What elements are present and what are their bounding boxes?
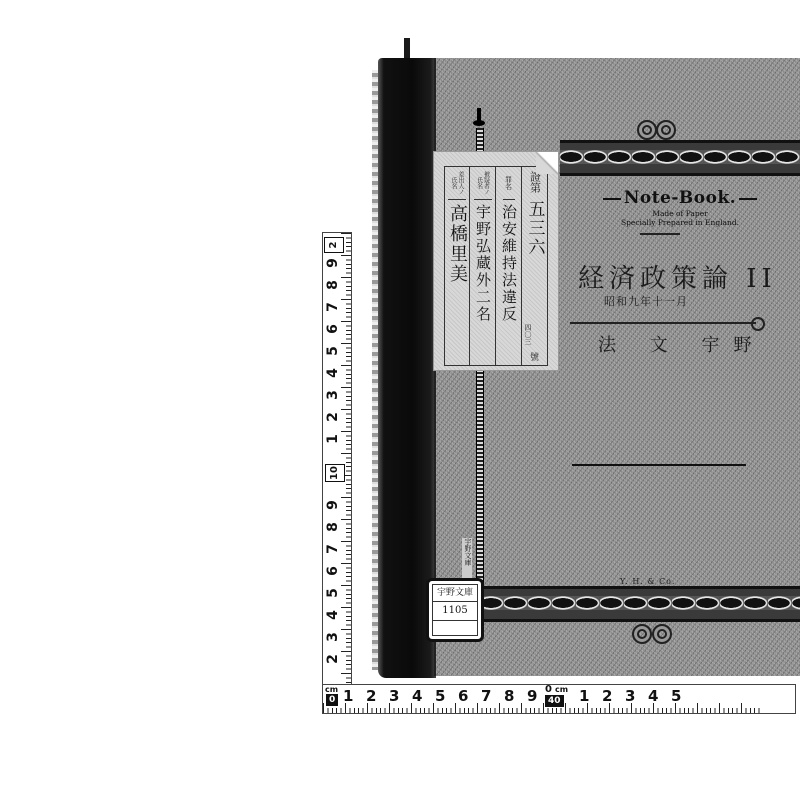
- library-label: 宇野文庫 1105: [426, 578, 484, 642]
- swirl-ornament-icon: [652, 624, 672, 644]
- printed-subtitle-2: Specially Prepared in England.: [580, 218, 780, 227]
- ornamental-rule: [570, 322, 756, 324]
- printed-title-block: Note-Book. Made of Paper Specially Prepa…: [580, 188, 780, 227]
- crime-value: 治安維持法違反: [500, 204, 517, 323]
- evidence-number-subvalue: 四〇三: [523, 324, 533, 345]
- evidence-label: 證第 五三六 四〇三 號 罪名 治安維持法違反 被疑者ノ氏名 宇野弘蔵外二名 差…: [434, 152, 558, 370]
- ruler-label: 6: [325, 564, 341, 578]
- ruler-label: 1: [343, 687, 353, 705]
- ruler-label: 3: [389, 687, 399, 705]
- ruler-label: 4: [325, 366, 341, 380]
- horizontal-ruler: cm 0 1 2 3 4 5 6 7 8 9 0 cm 40 1 2 3 4 5: [322, 684, 796, 714]
- crime-column: 罪名 治安維持法違反: [495, 167, 521, 365]
- evidence-label-grid: 證第 五三六 四〇三 號 罪名 治安維持法違反 被疑者ノ氏名 宇野弘蔵外二名 差…: [444, 166, 548, 366]
- ruler-unit: cm: [325, 685, 338, 694]
- ruler-label: 7: [481, 687, 491, 705]
- ruler-label: 4: [648, 687, 658, 705]
- suspect-column: 被疑者ノ氏名 宇野弘蔵外二名: [469, 167, 495, 365]
- handwritten-date: 昭和九年十一月: [604, 293, 688, 309]
- ruler-label: 2: [602, 687, 612, 705]
- ruler-prefix: 0: [545, 684, 552, 695]
- string-clasp-icon: [473, 108, 485, 132]
- band-pattern: [480, 596, 800, 610]
- evidence-number-value: 五三六: [525, 200, 545, 257]
- ruler-label: 5: [671, 687, 681, 705]
- ruler-label: 4: [412, 687, 422, 705]
- evidence-number-column: 證第 五三六 四〇三 號: [521, 167, 547, 365]
- ruler-label: 7: [325, 542, 341, 556]
- submitter-value: 高橋里美: [445, 204, 469, 284]
- ruler-label: 2: [325, 410, 341, 424]
- ruler-label: 2: [366, 687, 376, 705]
- ruler-label: 8: [325, 520, 341, 534]
- ruler-label: 3: [325, 630, 341, 644]
- printed-title: Note-Book.: [624, 188, 736, 208]
- swirl-ornament-icon: [632, 624, 652, 644]
- swirl-ornament-icon: [656, 120, 676, 140]
- ruler-label: 9: [325, 498, 341, 512]
- library-name: 宇野文庫: [433, 585, 477, 602]
- ruler-label: 1: [579, 687, 589, 705]
- ruler-label: 8: [325, 278, 341, 292]
- ruler-label: 3: [625, 687, 635, 705]
- ruler-label: 5: [325, 586, 341, 600]
- submitter-header: 差出人ノ氏名: [448, 167, 466, 200]
- library-number: 1105: [433, 602, 477, 621]
- maker-mark: Y. H. & Co.: [620, 577, 675, 586]
- ruler-label: 9: [527, 687, 537, 705]
- vertical-ruler: 2 9 8 7 6 5 4 3 2 1 10 9 8 7 6 5 4 3 2: [322, 232, 352, 686]
- ruler-label: 7: [325, 300, 341, 314]
- ruler-label: 8: [504, 687, 514, 705]
- ruler-box-label: 10: [325, 464, 345, 482]
- ruler-label: 5: [435, 687, 445, 705]
- ruler-label: 3: [325, 388, 341, 402]
- ruler-label: 6: [458, 687, 468, 705]
- decorative-band-bottom: [480, 586, 800, 622]
- title-dash-left: [603, 198, 621, 200]
- suspect-header: 被疑者ノ氏名: [474, 167, 492, 200]
- title-underline: [640, 233, 680, 235]
- library-label-inner: 宇野文庫 1105: [432, 584, 478, 636]
- ruler-box-label: 2: [324, 237, 344, 253]
- band-pattern: [560, 150, 800, 164]
- cover-rule: [572, 464, 746, 466]
- title-dash-right: [739, 198, 757, 200]
- ruler-label: 9: [325, 256, 341, 270]
- handwritten-title: 経済政策論 II: [578, 258, 777, 295]
- ruler-label: 1: [325, 432, 341, 446]
- ruler-unit: cm: [555, 685, 568, 694]
- submitter-column: 差出人ノ氏名 高橋里美: [445, 167, 469, 365]
- rule-curl-icon: [751, 317, 765, 331]
- swirl-ornament-icon: [637, 120, 657, 140]
- evidence-number-go: 號: [527, 352, 540, 361]
- crime-header: 罪名: [503, 167, 515, 200]
- ruler-label: 4: [325, 608, 341, 622]
- handwritten-author: 法 文 宇野: [598, 331, 765, 357]
- evidence-number-header: 證第: [529, 167, 541, 196]
- suspect-value: 宇野弘蔵外二名: [474, 204, 491, 323]
- printed-subtitle-1: Made of Paper: [580, 209, 780, 218]
- ruler-label: 5: [325, 344, 341, 358]
- ruler-box-label: 0: [326, 694, 338, 706]
- ruler-box-label: 40: [545, 695, 564, 707]
- ruler-label: 6: [325, 322, 341, 336]
- decorative-band-top: [560, 140, 800, 176]
- ruler-label: 2: [325, 652, 341, 666]
- ruler-ticks: [341, 233, 351, 685]
